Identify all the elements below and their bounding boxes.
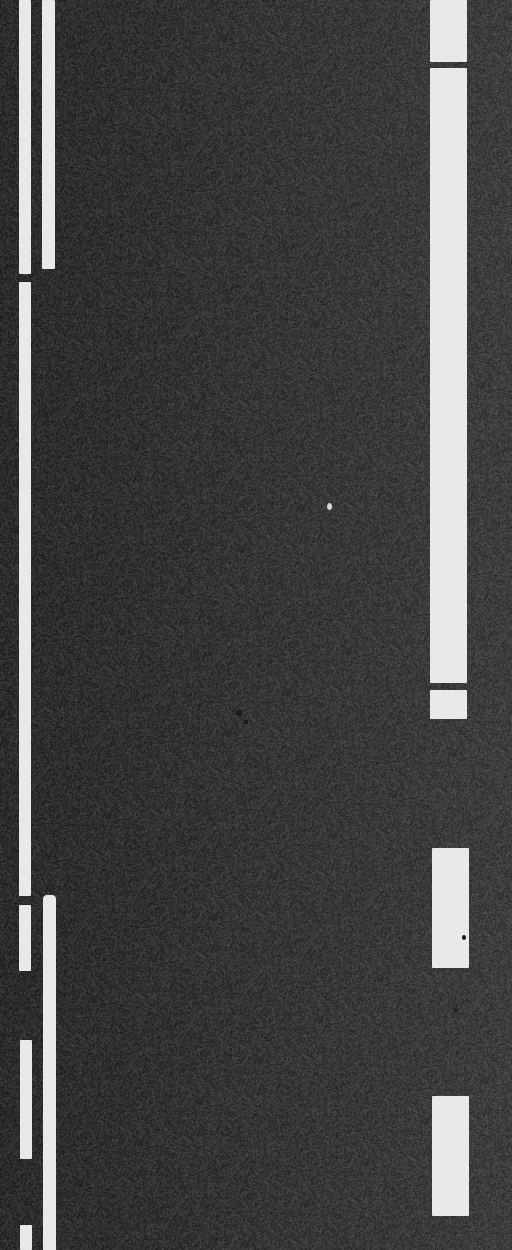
debris-speck — [327, 503, 332, 510]
debris-speck — [236, 710, 242, 716]
right-lane-line-segment — [430, 0, 467, 62]
debris-speck — [453, 1008, 458, 1013]
left-edge-line-segment — [20, 1040, 32, 1159]
left-edge-line-segment — [19, 282, 31, 896]
left-edge-line-segment — [20, 1225, 32, 1250]
right-lane-line-segment — [430, 690, 467, 719]
right-lane-line-segment — [430, 68, 467, 683]
left-edge-line-segment — [19, 905, 31, 971]
left-edge-line-segment — [19, 0, 31, 274]
right-lane-line-segment — [432, 1096, 469, 1216]
debris-speck — [462, 935, 466, 940]
debris-speck — [244, 720, 248, 724]
right-lane-line-segment — [432, 848, 469, 968]
left-inner-line-segment — [42, 0, 55, 269]
road-surface — [0, 0, 512, 1250]
left-inner-line-segment — [43, 895, 56, 1250]
